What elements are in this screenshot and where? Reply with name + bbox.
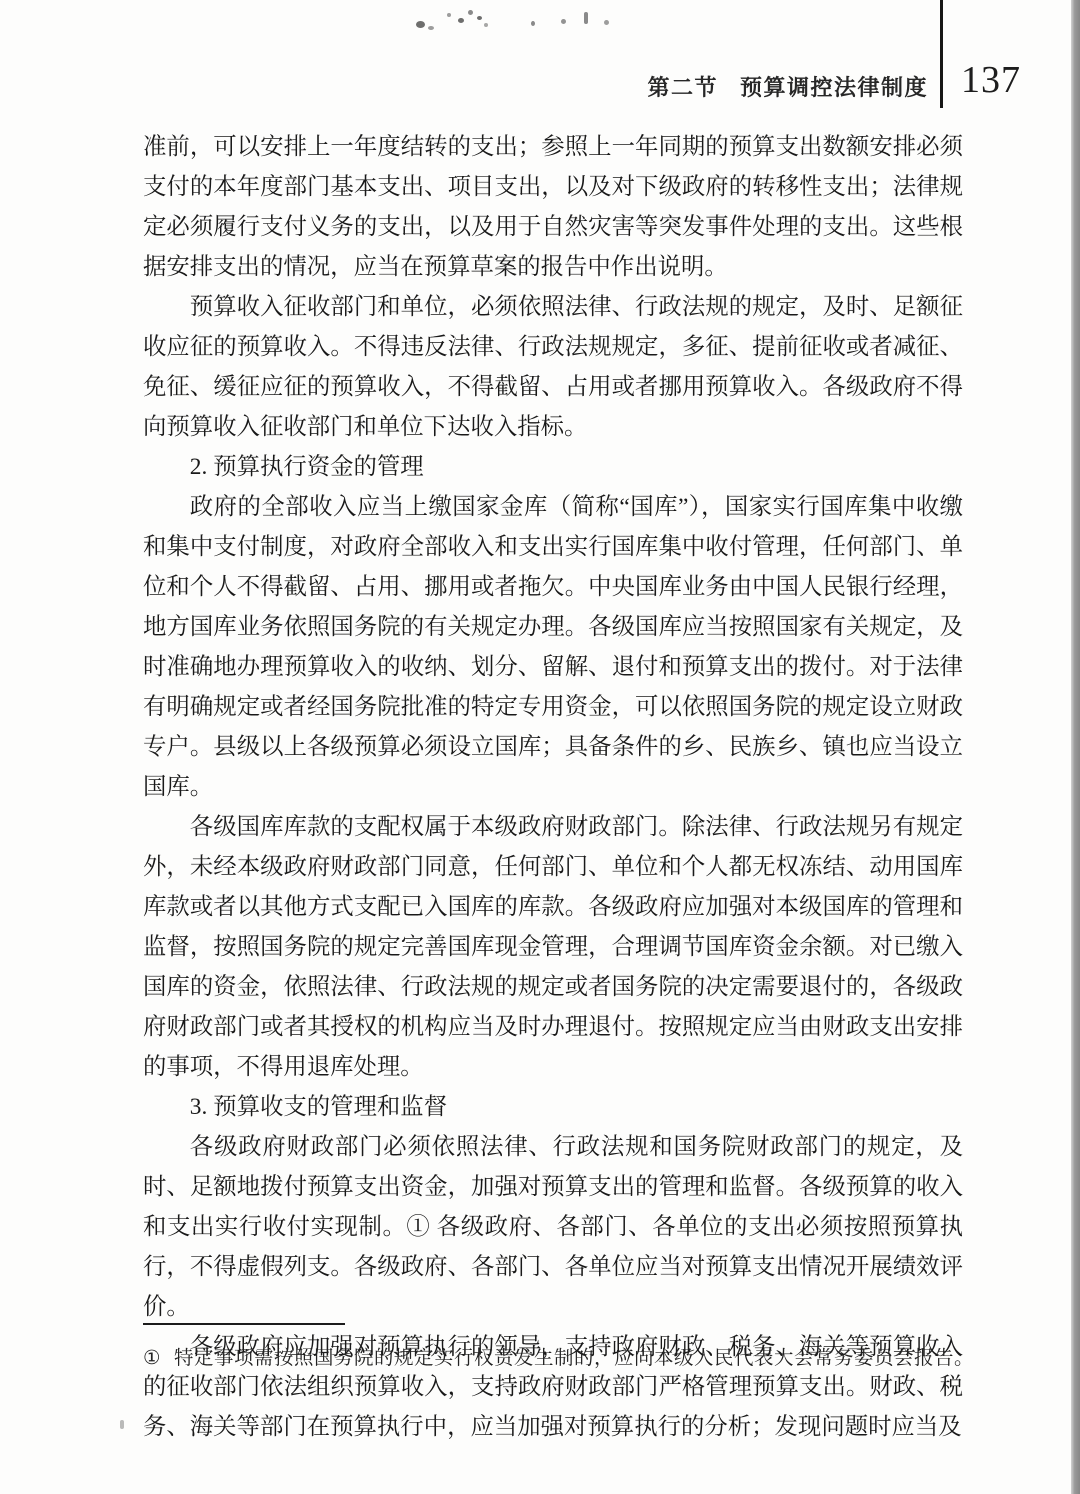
section-title: 预算调控法律制度 <box>740 75 928 100</box>
footnote-text: 特定事项需按照国务院的规定实行权责发生制的，应向本级人民代表大会常务委员会报告。 <box>174 1348 974 1369</box>
scan-speck <box>477 16 482 20</box>
subsection-heading: 3. 预算收支的管理和监督 <box>143 1087 963 1127</box>
running-head: 第二节预算调控法律制度 <box>647 71 928 102</box>
footnote-marker: ① <box>143 1348 161 1369</box>
scan-speck <box>531 21 535 26</box>
scan-speck <box>584 12 588 24</box>
book-page: 第二节预算调控法律制度 137 准前，可以安排上一年度结转的支出；参照上一年同期… <box>0 0 1080 1494</box>
scan-speck <box>120 1420 124 1429</box>
scan-edge-strip <box>1071 0 1080 1494</box>
body-paragraph: 政府的全部收入应当上缴国家金库（简称“国库”），国家实行国库集中收缴和集中支付制… <box>143 487 963 807</box>
body-paragraph: 预算收入征收部门和单位，必须依照法律、行政法规的规定，及时、足额征收应征的预算收… <box>143 287 963 447</box>
scan-speck <box>484 23 488 27</box>
scan-speck <box>416 21 425 28</box>
section-label: 第二节 <box>647 75 718 100</box>
scan-speck <box>604 20 609 25</box>
body-paragraph: 各级政府财政部门必须依照法律、行政法规和国务院财政部门的规定，及时、足额地拨付预… <box>143 1127 963 1327</box>
body-paragraph: 准前，可以安排上一年度结转的支出；参照上一年同期的预算支出数额安排必须支付的本年… <box>143 127 963 287</box>
footnote: ①特定事项需按照国务院的规定实行权责发生制的，应向本级人民代表大会常务委员会报告… <box>143 1344 975 1374</box>
subsection-heading: 2. 预算执行资金的管理 <box>143 447 963 487</box>
scan-speck <box>468 10 473 15</box>
body-text: 准前，可以安排上一年度结转的支出；参照上一年同期的预算支出数额安排必须支付的本年… <box>143 127 963 1447</box>
footnote-divider <box>143 1323 345 1325</box>
body-paragraph: 各级国库库款的支配权属于本级政府财政部门。除法律、行政法规另有规定外，未经本级政… <box>143 807 963 1087</box>
scan-speck <box>447 13 451 17</box>
scan-speck <box>561 19 566 24</box>
scan-speck <box>428 26 434 30</box>
page-number: 137 <box>961 58 1021 102</box>
header-divider-rule <box>940 0 943 108</box>
scan-speck <box>458 18 464 23</box>
